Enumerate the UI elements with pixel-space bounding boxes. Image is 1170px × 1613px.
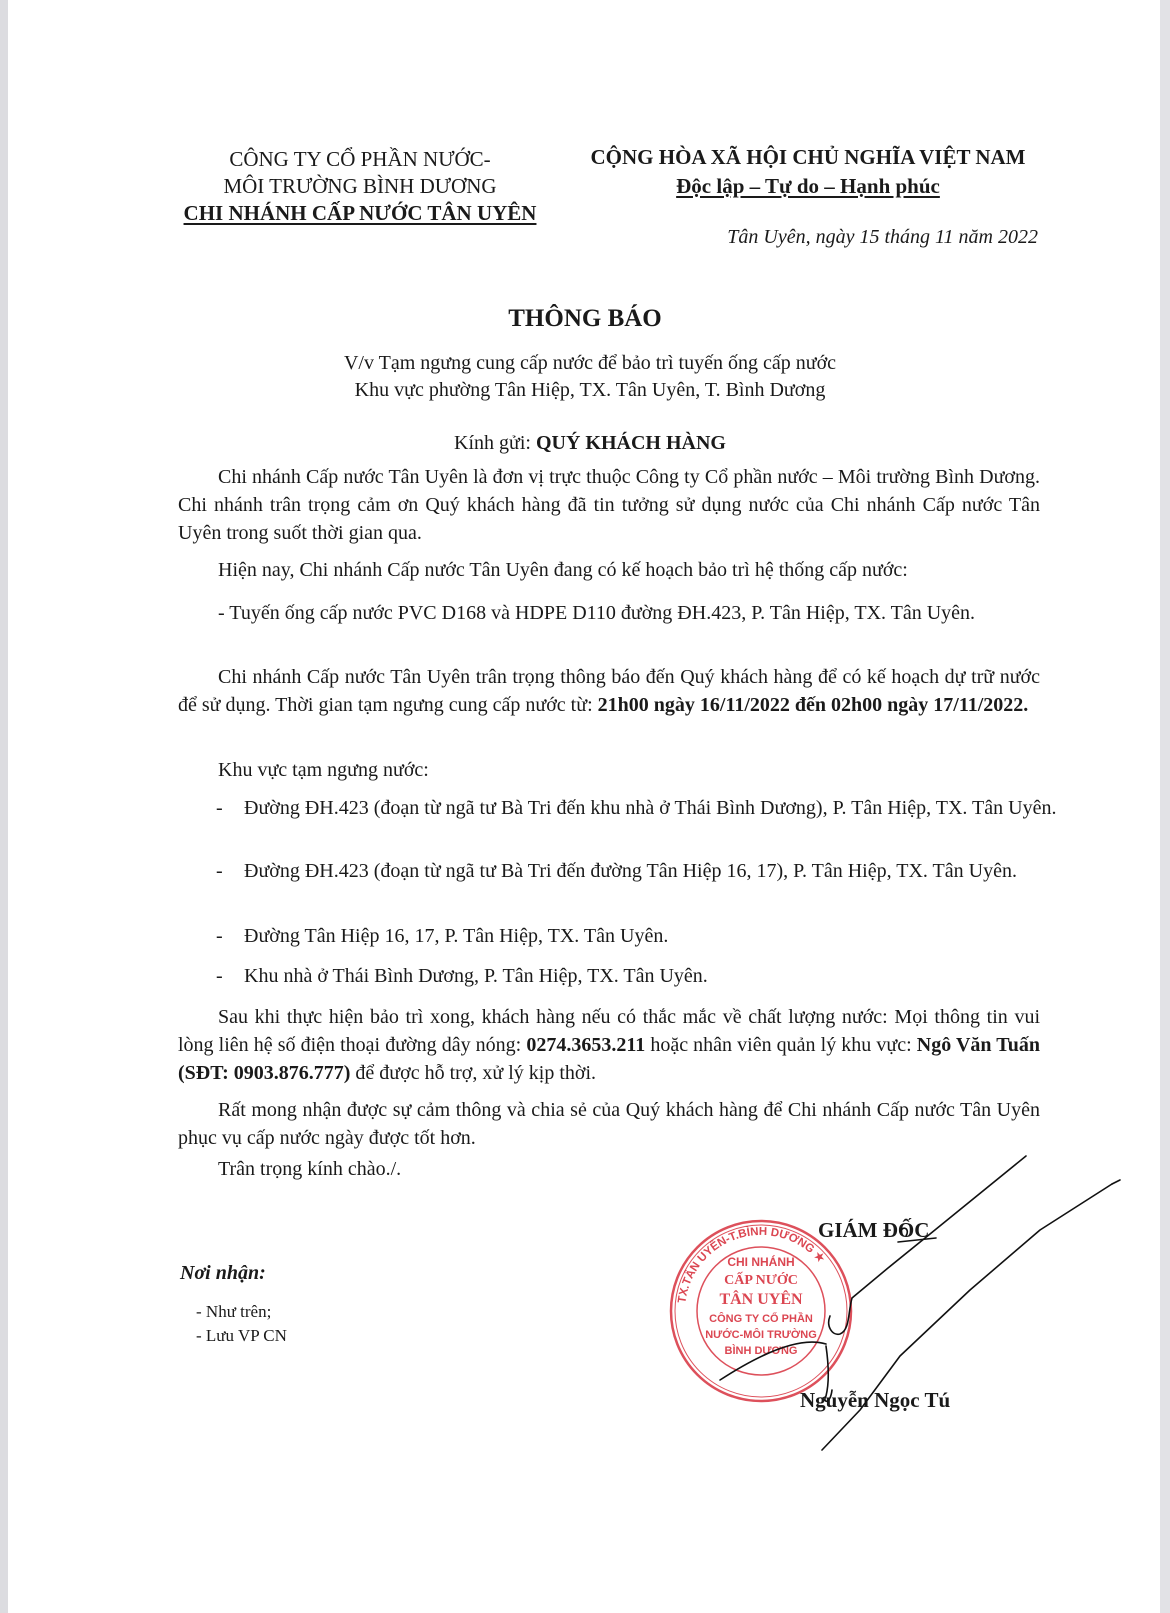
greeting-prefix: Kính gửi: [454,432,536,454]
bullet-dash: - [216,794,223,822]
issuer-branch: CHI NHÁNH CẤP NƯỚC TÂN UYÊN [160,200,560,227]
handwritten-signature-icon [600,1140,1160,1460]
bullet-dash: - [216,962,223,990]
bullet-dash: - [216,857,223,885]
national-motto: Độc lập – Tự do – Hạnh phúc [548,172,1068,201]
subject-line-1: V/v Tạm ngưng cung cấp nước để bảo trì t… [0,350,1170,377]
paragraph-plan: Hiện nay, Chi nhánh Cấp nước Tân Uyên đa… [178,556,1040,584]
bullet-dash: - [216,922,223,950]
area-text: Đường Tân Hiệp 16, 17, P. Tân Hiệp, TX. … [244,925,668,947]
issuer-company-line2: MÔI TRƯỜNG BÌNH DƯƠNG [160,173,560,200]
schedule-time: 21h00 ngày 16/11/2022 đến 02h00 ngày 17/… [598,694,1029,716]
page-edge-right [1160,0,1170,1613]
issuer-company-line1: CÔNG TY CỔ PHẦN NƯỚC- [160,146,560,173]
paragraph-contact: Sau khi thực hiện bảo trì xong, khách hà… [178,1003,1040,1087]
document-title: THÔNG BÁO [0,305,1170,333]
recipients-list: - Như trên; - Lưu VP CN [196,1300,287,1348]
greeting: Kính gửi: QUÝ KHÁCH HÀNG [0,432,1170,455]
dateline: Tân Uyên, ngày 15 tháng 11 năm 2022 [727,226,1038,249]
area-text: Đường ĐH.423 (đoạn từ ngã tư Bà Tri đến … [244,860,1017,882]
national-header: CỘNG HÒA XÃ HỘI CHỦ NGHĨA VIỆT NAM Độc l… [548,143,1068,201]
areas-label: Khu vực tạm ngưng nước: [178,756,1040,784]
paragraph-intro: Chi nhánh Cấp nước Tân Uyên là đơn vị tr… [178,463,1040,547]
contact-text-b: hoặc nhân viên quản lý khu vực: [645,1034,917,1056]
area-item: -Khu nhà ở Thái Bình Dương, P. Tân Hiệp,… [212,962,1074,990]
hotline-number: 0274.3653.211 [526,1034,645,1056]
page-edge-left [0,0,8,1613]
recipient-item: - Như trên; [196,1300,287,1324]
subject-line-2: Khu vực phường Tân Hiệp, TX. Tân Uyên, T… [0,377,1170,404]
paragraph-plan-text: Hiện nay, Chi nhánh Cấp nước Tân Uyên đa… [178,556,1040,584]
contact-text-c: để được hỗ trợ, xử lý kịp thời. [350,1062,596,1084]
recipient-item: - Lưu VP CN [196,1324,287,1348]
area-text: Khu nhà ở Thái Bình Dương, P. Tân Hiệp, … [244,965,708,987]
paragraph-schedule: Chi nhánh Cấp nước Tân Uyên trân trọng t… [178,663,1040,719]
area-item: -Đường ĐH.423 (đoạn từ ngã tư Bà Tri đến… [212,794,1074,822]
paragraph-intro-text: Chi nhánh Cấp nước Tân Uyên là đơn vị tr… [178,463,1040,547]
issuer-block: CÔNG TY CỔ PHẦN NƯỚC- MÔI TRƯỜNG BÌNH DƯ… [160,146,560,227]
paragraph-pipeline: - Tuyến ống cấp nước PVC D168 và HDPE D1… [178,599,1040,627]
nation-name: CỘNG HÒA XÃ HỘI CHỦ NGHĨA VIỆT NAM [548,143,1068,172]
recipients-label: Nơi nhận: [180,1262,266,1285]
area-item: -Đường ĐH.423 (đoạn từ ngã tư Bà Tri đến… [212,857,1074,885]
paragraph-pipeline-text: - Tuyến ống cấp nước PVC D168 và HDPE D1… [178,599,1040,627]
area-item: -Đường Tân Hiệp 16, 17, P. Tân Hiệp, TX.… [212,922,1074,950]
areas-label-text: Khu vực tạm ngưng nước: [178,756,1040,784]
greeting-recipient: QUÝ KHÁCH HÀNG [536,432,726,454]
document-subject: V/v Tạm ngưng cung cấp nước để bảo trì t… [0,350,1170,404]
paragraph-schedule-text: Chi nhánh Cấp nước Tân Uyên trân trọng t… [178,663,1040,719]
paragraph-contact-text: Sau khi thực hiện bảo trì xong, khách hà… [178,1003,1040,1087]
area-text: Đường ĐH.423 (đoạn từ ngã tư Bà Tri đến … [244,797,1056,819]
